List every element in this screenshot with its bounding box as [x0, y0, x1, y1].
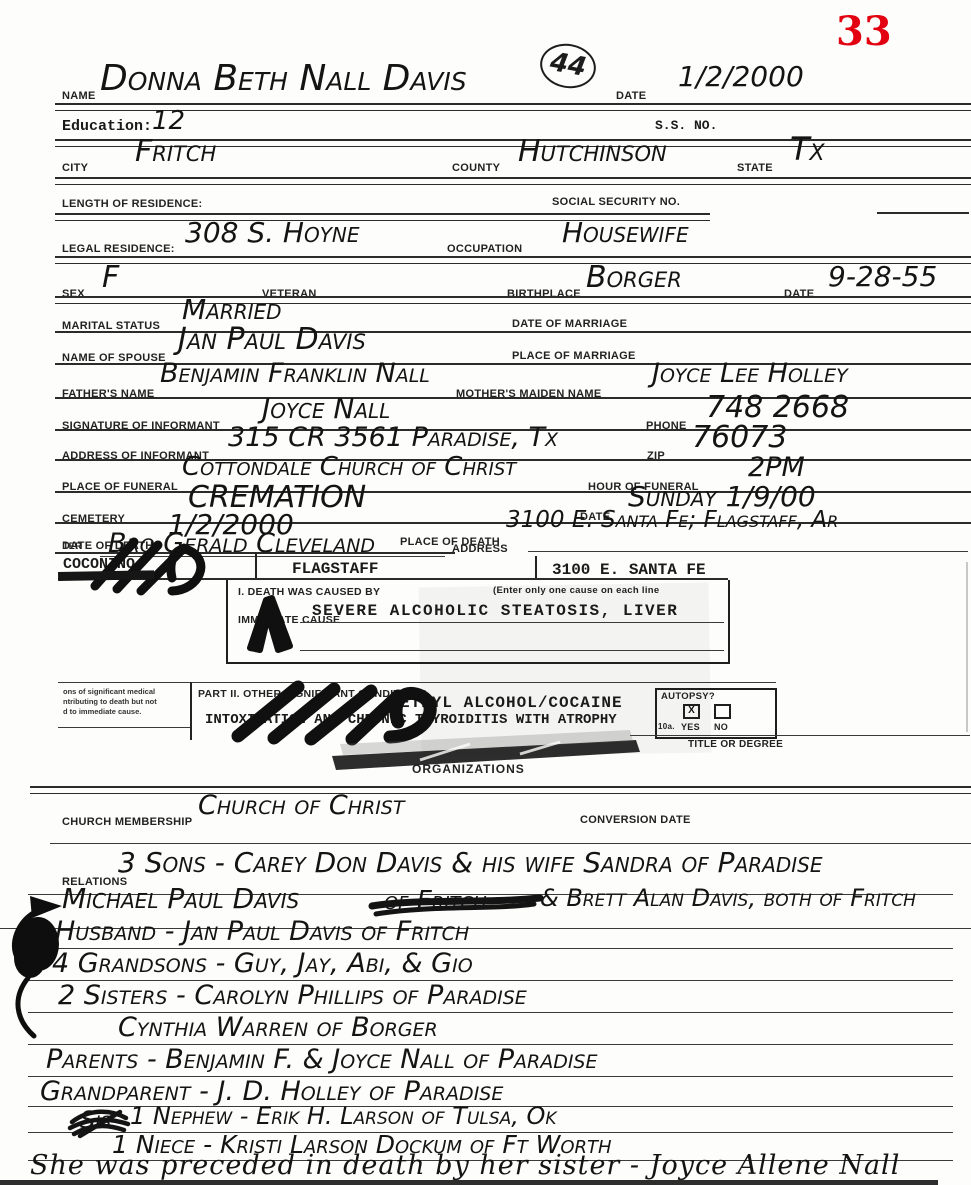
title-or-degree-label: TITLE OR DEGREE: [688, 739, 783, 750]
immediate-cause-value: SEVERE ALCOHOLIC STEATOSIS, LIVER: [312, 602, 678, 620]
part2-left-note-2: ntributing to death but not: [63, 697, 157, 707]
rule-organizations: [30, 786, 971, 794]
death-place-value: 3100 E. Santa Fe; Flagstaff, Ar: [506, 507, 838, 533]
autopsy-yes-label: YES: [681, 722, 700, 732]
state-label: STATE: [737, 162, 773, 174]
city-label: CITY: [62, 162, 88, 174]
certificate-county: COCONINO: [63, 556, 135, 573]
rule-cause-2: [300, 650, 724, 651]
autopsy-item-number: 10a.: [658, 722, 675, 731]
minister-label-fragment: TER: [63, 541, 82, 551]
part2-left-note-1: ons of significant medical: [63, 687, 155, 697]
certificate-address-label: ADDRESS: [452, 543, 508, 555]
rule-title-degree: [630, 735, 970, 736]
father-value: Benjamin Franklin Nall: [160, 358, 430, 389]
legal-residence-value: 308 S. Hoyne: [185, 216, 360, 249]
page-number: 33: [836, 8, 892, 55]
city-value: Fritch: [135, 134, 216, 169]
length-residence-label: LENGTH OF RESIDENCE:: [62, 198, 202, 210]
relations-line-6: Cynthia Warren of Borger: [118, 1012, 438, 1043]
funeral-hour-value: 2PM: [748, 452, 805, 483]
part2-left-note-3: d to immediate cause.: [63, 707, 141, 717]
spouse-value: Jan Paul Davis: [178, 322, 366, 357]
age-circled-value: 44: [548, 47, 589, 83]
legal-residence-label: LEGAL RESIDENCE:: [62, 243, 175, 255]
relations-line-11: She was preceded in death by her sister …: [30, 1150, 900, 1181]
place-marriage-label: PLACE OF MARRIAGE: [512, 350, 636, 362]
state-value: Tx: [790, 130, 825, 168]
sex-value: F: [102, 260, 119, 295]
part2-condition-1: ETHYL ALCOHOL/COCAINE: [400, 694, 623, 712]
rule-minister: [100, 556, 445, 557]
rule-name: [55, 103, 971, 111]
mother-value: Joyce Lee Holley: [652, 358, 848, 389]
relations-line-1: 3 Sons - Carey Don Davis & his wife Sand…: [118, 846, 822, 879]
social-security-label: SOCIAL SECURITY NO.: [552, 196, 680, 208]
conversion-date-label: CONVERSION DATE: [580, 814, 691, 826]
name-value: Donna Beth Nall Davis: [100, 58, 467, 99]
relations-line-2-struck: of Fritch: [384, 886, 487, 916]
birthplace-value: Borger: [586, 260, 682, 295]
relations-line-2-post: & Brett Alan Davis, both of Fritch: [540, 884, 916, 912]
county-label: COUNTY: [452, 162, 500, 174]
date-label: DATE: [616, 90, 646, 102]
birthdate-value: 9-28-55: [828, 260, 937, 293]
informant-value: Joyce Nall: [262, 392, 390, 425]
part2-condition-2: INTOXICATION AND CHRONIC THYROIDITIS WIT…: [205, 712, 617, 728]
church-membership-label: CHURCH MEMBERSHIP: [62, 816, 192, 828]
funeral-place-value: Cottondale Church of Christ: [182, 452, 516, 482]
church-membership-value: Church of Christ: [198, 790, 404, 821]
relations-line-9-struck: Sis: [80, 1106, 111, 1134]
rule-church: [50, 843, 971, 844]
relations-line-2-pre: Michael Paul Davis: [62, 882, 299, 915]
name-label: NAME: [62, 90, 96, 102]
relations-line-5: 2 Sisters - Carolyn Phillips of Paradise: [58, 980, 527, 1011]
rule-left-note-bottom: [58, 727, 190, 728]
autopsy-no-label: NO: [714, 722, 728, 732]
relations-line-9: 1 Nephew - Erik H. Larson of Tulsa, Ok: [130, 1102, 557, 1130]
date-marriage-label: DATE OF MARRIAGE: [512, 318, 627, 330]
rule-cause-1: [300, 622, 724, 623]
rule-city: [55, 177, 971, 185]
education-value: 12: [152, 106, 185, 136]
relations-line-7: Parents - Benjamin F. & Joyce Nall of Pa…: [46, 1044, 598, 1075]
rule-certificate-address: [528, 551, 968, 552]
cause-note: (Enter only one cause on each line: [493, 585, 659, 596]
ssn-short-label: S.S. NO.: [655, 118, 717, 133]
funeral-record-card: 33 NAME Donna Beth Nall Davis 44 DATE 1/…: [0, 0, 971, 1185]
occupation-label: OCCUPATION: [447, 243, 522, 255]
certificate-divider-2: [535, 556, 537, 580]
cause-header: I. DEATH WAS CAUSED BY: [238, 586, 380, 598]
part2-divider-left: [190, 682, 192, 740]
part2-label: PART II. OTHER SIGNIFICANT CONDITIONS: [198, 688, 427, 700]
certificate-street: 3100 E. SANTA FE: [552, 561, 706, 579]
county-value: Hutchinson: [518, 134, 667, 169]
relations-line-4: 4 Grandsons - Guy, Jay, Abi, & Gio: [52, 948, 473, 979]
autopsy-yes-checkbox: X: [683, 704, 700, 719]
informant-addr-value: 315 CR 3561 Paradise, Tx: [228, 422, 558, 453]
organizations-label: ORGANIZATIONS: [412, 762, 525, 776]
rule-part2-top: [58, 682, 776, 683]
occupation-value: Housewife: [562, 216, 689, 249]
autopsy-no-checkbox: [714, 704, 731, 719]
date-value: 1/2/2000: [678, 60, 804, 93]
certificate-paper-edge: [966, 562, 968, 732]
minister-name: Bro Gerald Cleveland: [108, 528, 375, 559]
autopsy-label: AUTOPSY?: [661, 691, 715, 702]
certificate-divider-1: [255, 553, 257, 579]
age-circle: 44: [537, 39, 600, 92]
rule-length-residence-right: [877, 212, 969, 214]
education-label: Education:: [62, 118, 152, 135]
zip-value: 76073: [692, 420, 787, 455]
relations-line-3: Husband - Jan Paul Davis of Fritch: [55, 916, 469, 947]
certificate-city: FLAGSTAFF: [292, 560, 378, 578]
